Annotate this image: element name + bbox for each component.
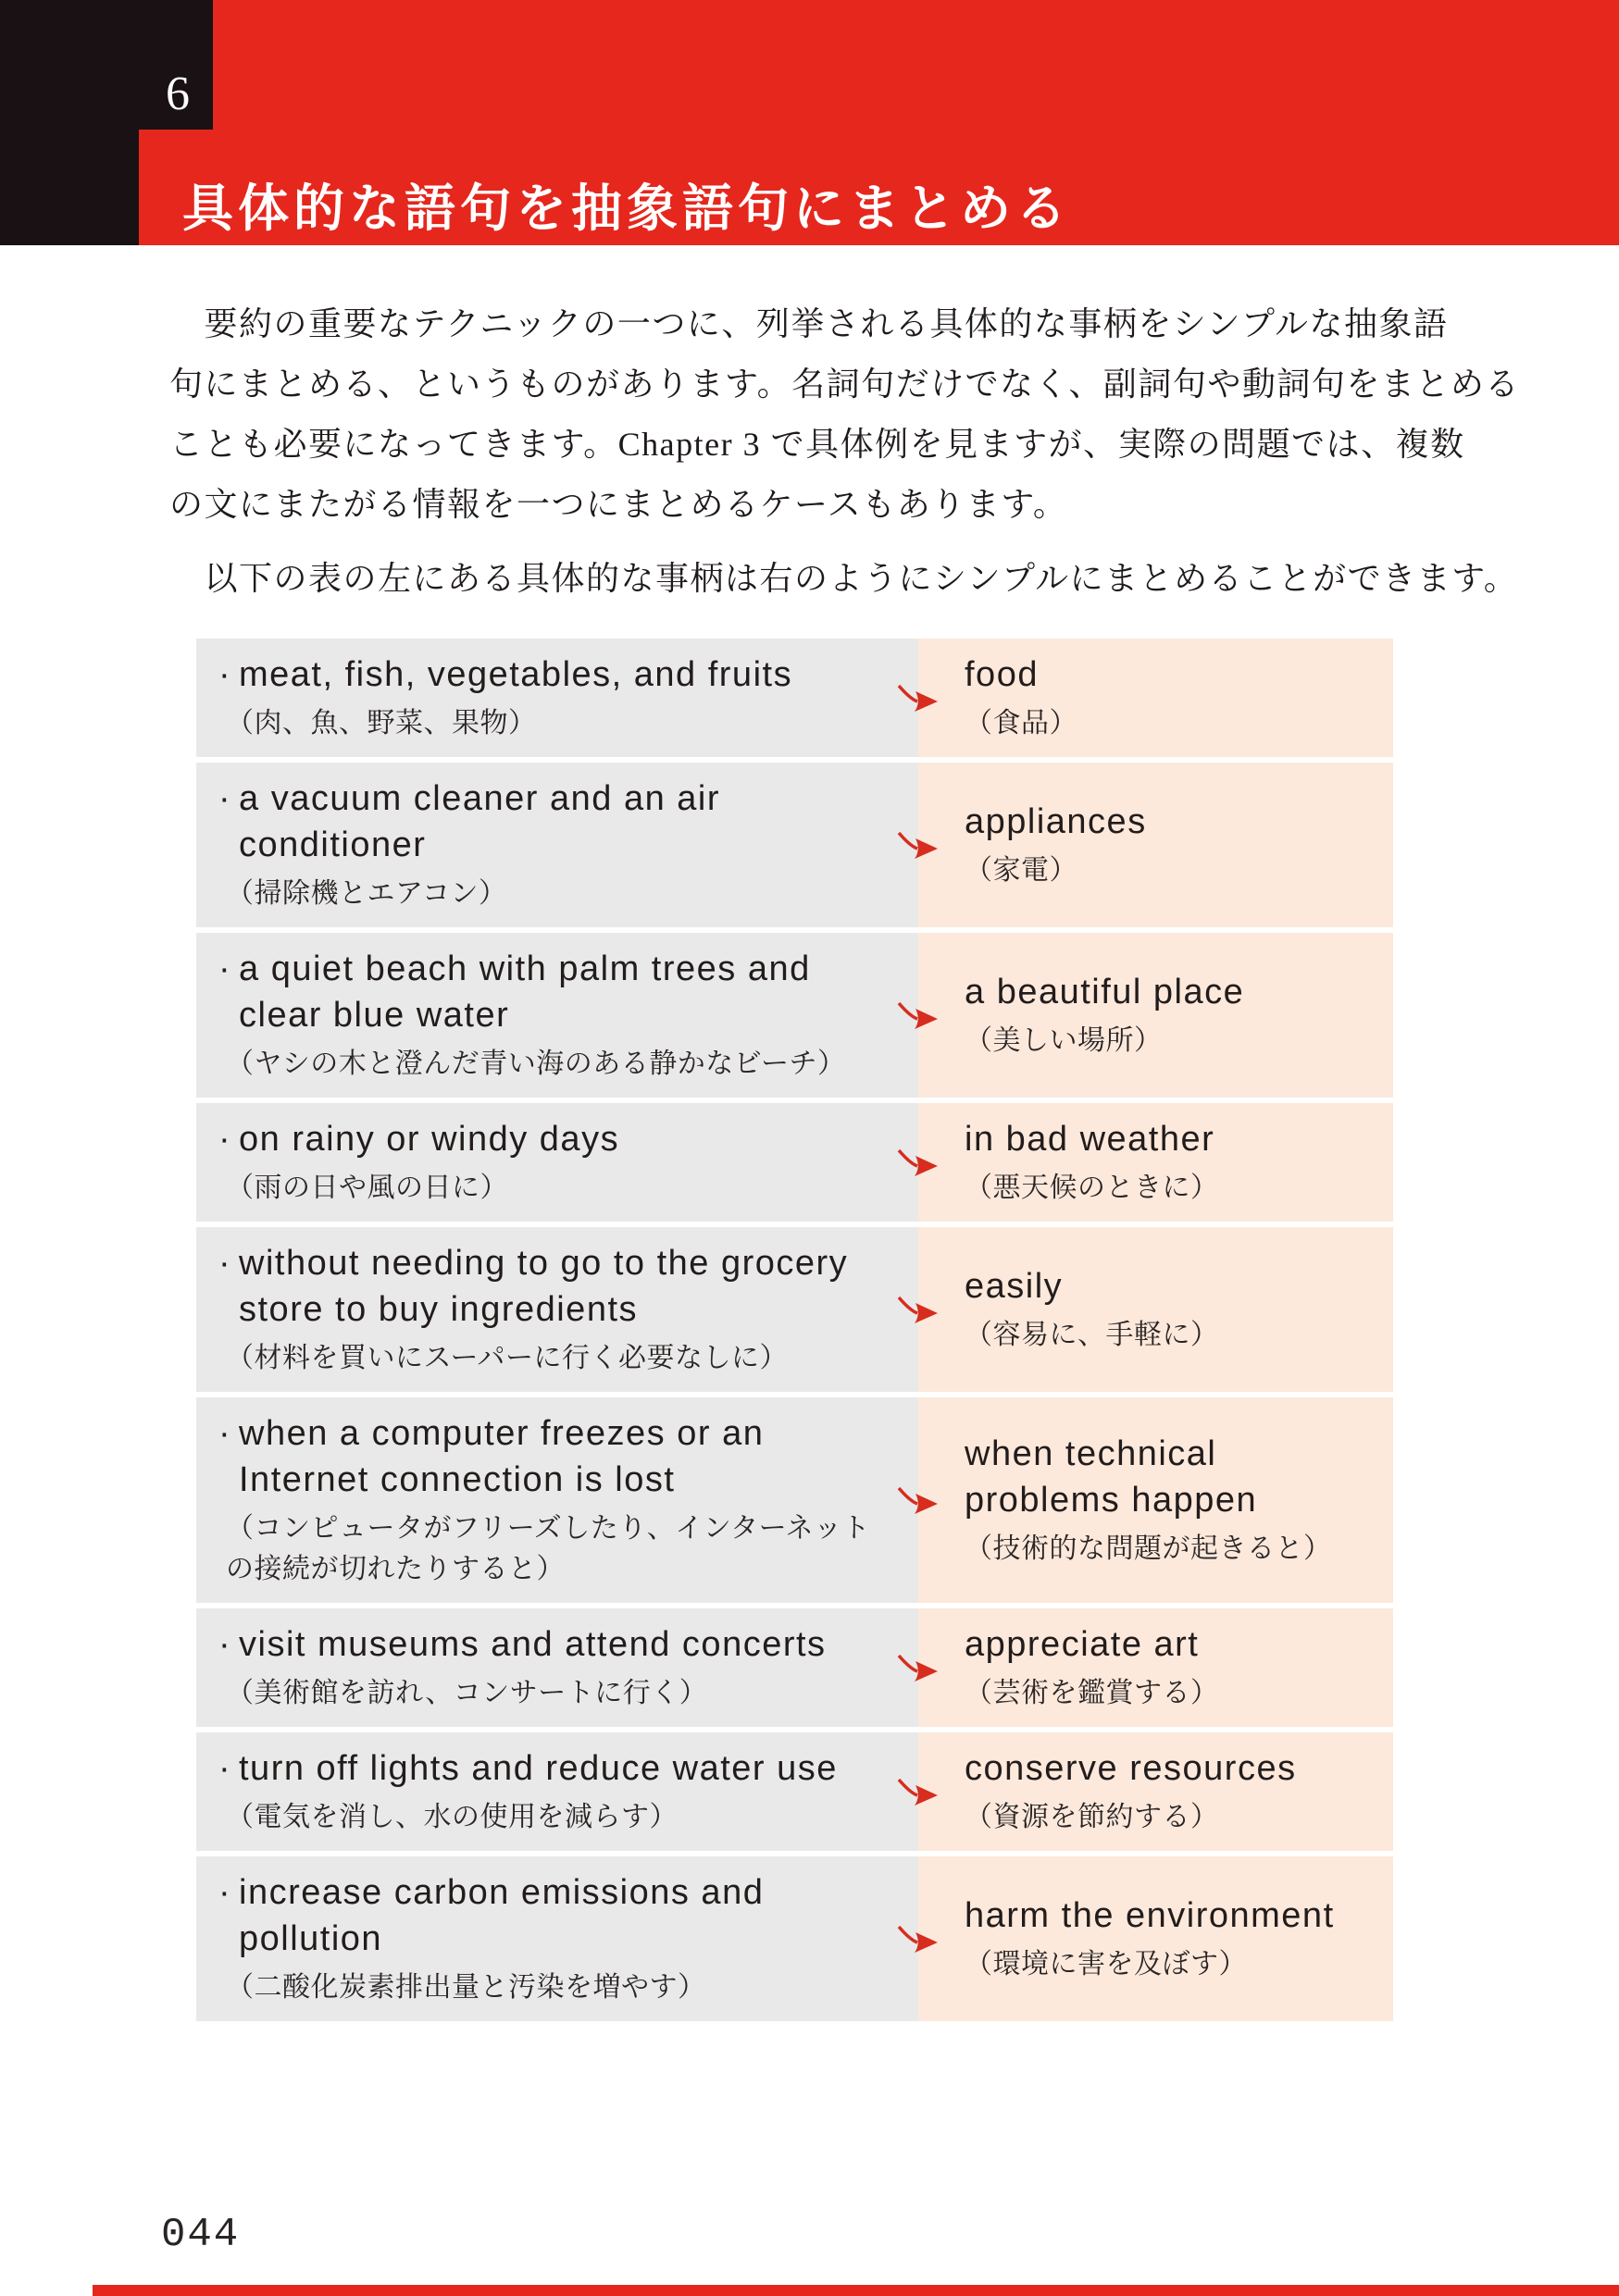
abstract-phrase-en: harm the environment <box>965 1893 1375 1939</box>
concrete-phrase-en: without needing to go to the grocery sto… <box>239 1240 892 1333</box>
concrete-phrase-cell: a quiet beach with palm trees and clear … <box>196 933 918 1098</box>
abstract-phrase-jp: （芸術を鑑賞する） <box>965 1673 1375 1714</box>
concrete-phrase-cell: visit museums and attend concerts （美術館を訪… <box>196 1608 918 1727</box>
concrete-phrase-jp: （電気を消し、水の使用を減らす） <box>226 1797 892 1838</box>
concrete-phrase-en: on rainy or windy days <box>239 1116 892 1162</box>
arrow-icon <box>897 1921 940 1956</box>
concrete-phrase-jp: （コンピュータがフリーズしたり、インターネット の接続が切れたりすると） <box>226 1508 892 1590</box>
abstract-phrase-en: appliances <box>965 799 1375 845</box>
arrow-icon <box>897 827 940 863</box>
concrete-phrase-cell: increase carbon emissions and pollution … <box>196 1856 918 2021</box>
arrow-icon <box>897 1483 940 1518</box>
abstract-phrase-cell: appliances （家電） <box>918 763 1393 927</box>
intro-line: 要約の重要なテクニックの一つに、列挙される具体的な事柄をシンプルな抽象語 <box>169 294 1530 354</box>
abstract-phrase-jp: （容易に、手軽に） <box>965 1315 1375 1356</box>
table-row: a vacuum cleaner and an air conditioner … <box>196 763 1393 927</box>
abstract-phrase-cell: in bad weather （悪天候のときに） <box>918 1103 1393 1222</box>
concrete-phrase-en: visit museums and attend concerts <box>239 1621 892 1668</box>
arrow-icon <box>897 1650 940 1685</box>
arrow-icon <box>897 1145 940 1180</box>
table-row: a quiet beach with palm trees and clear … <box>196 933 1393 1098</box>
abstract-phrase-en: in bad weather <box>965 1116 1375 1162</box>
table-row: meat, fish, vegetables, and fruits （肉、魚、… <box>196 639 1393 757</box>
table-row: on rainy or windy days （雨の日や風の日に） in bad… <box>196 1103 1393 1222</box>
intro-line: ことも必要になってきます。Chapter 3 で具体例を見ますが、実際の問題では… <box>169 415 1530 475</box>
abstract-phrase-jp: （悪天候のときに） <box>965 1168 1375 1209</box>
abstract-phrase-jp: （資源を節約する） <box>965 1797 1375 1838</box>
abstract-phrase-cell: when technical problems happen （技術的な問題が起… <box>918 1397 1393 1603</box>
table-row: turn off lights and reduce water use （電気… <box>196 1732 1393 1851</box>
table-row: without needing to go to the grocery sto… <box>196 1227 1393 1392</box>
concrete-phrase-cell: turn off lights and reduce water use （電気… <box>196 1732 918 1851</box>
intro-line: の文にまたがる情報を一つにまとめるケースもあります。 <box>169 475 1530 535</box>
abstract-phrase-en: when technical problems happen <box>965 1431 1375 1523</box>
book-page: 6 具体的な語句を抽象語句にまとめる 要約の重要なテクニックの一つに、列挙される… <box>0 0 1619 2296</box>
arrow-icon <box>897 680 940 715</box>
concrete-phrase-cell: on rainy or windy days （雨の日や風の日に） <box>196 1103 918 1222</box>
abstract-phrase-cell: a beautiful place （美しい場所） <box>918 933 1393 1098</box>
concrete-phrase-jp: （ヤシの木と澄んだ青い海のある静かなビーチ） <box>226 1044 892 1085</box>
concrete-phrase-en: when a computer freezes or an Internet c… <box>239 1410 892 1503</box>
concrete-phrase-en: meat, fish, vegetables, and fruits <box>239 652 892 698</box>
concrete-phrase-cell: a vacuum cleaner and an air conditioner … <box>196 763 918 927</box>
abstract-phrase-jp: （家電） <box>965 850 1375 891</box>
concrete-phrase-jp: （材料を買いにスーパーに行く必要なしに） <box>226 1338 892 1379</box>
abstract-phrase-jp: （技術的な問題が起きると） <box>965 1529 1375 1570</box>
intro-paragraphs: 要約の重要なテクニックの一つに、列挙される具体的な事柄をシンプルな抽象語 句にま… <box>169 294 1530 609</box>
concrete-phrase-jp: （雨の日や風の日に） <box>226 1168 892 1209</box>
concrete-phrase-jp: （美術館を訪れ、コンサートに行く） <box>226 1673 892 1714</box>
abstract-phrase-cell: harm the environment （環境に害を及ぼす） <box>918 1856 1393 2021</box>
arrow-icon <box>897 1774 940 1809</box>
concrete-phrase-jp: （掃除機とエアコン） <box>226 874 892 914</box>
page-number: 044 <box>161 2212 240 2258</box>
summary-table: meat, fish, vegetables, and fruits （肉、魚、… <box>196 639 1393 2027</box>
arrow-icon <box>897 998 940 1033</box>
abstract-phrase-en: appreciate art <box>965 1621 1375 1668</box>
abstract-phrase-cell: appreciate art （芸術を鑑賞する） <box>918 1608 1393 1727</box>
abstract-phrase-en: easily <box>965 1263 1375 1309</box>
chapter-tab-notch <box>0 130 139 245</box>
table-row: visit museums and attend concerts （美術館を訪… <box>196 1608 1393 1727</box>
table-row: increase carbon emissions and pollution … <box>196 1856 1393 2021</box>
abstract-phrase-jp: （美しい場所） <box>965 1021 1375 1061</box>
footer-bar <box>93 2285 1619 2296</box>
abstract-phrase-en: conserve resources <box>965 1745 1375 1792</box>
intro-line: 句にまとめる、というものがあります。名詞句だけでなく、副詞句や動詞句をまとめる <box>169 354 1530 415</box>
abstract-phrase-en: food <box>965 652 1375 698</box>
concrete-phrase-en: increase carbon emissions and pollution <box>239 1869 892 1962</box>
abstract-phrase-jp: （食品） <box>965 703 1375 744</box>
page-title: 具体的な語句を抽象語句にまとめる <box>182 168 1071 241</box>
abstract-phrase-cell: food （食品） <box>918 639 1393 757</box>
concrete-phrase-en: turn off lights and reduce water use <box>239 1745 892 1792</box>
abstract-phrase-en: a beautiful place <box>965 969 1375 1015</box>
concrete-phrase-jp: （二酸化炭素排出量と汚染を増やす） <box>226 1967 892 2008</box>
concrete-phrase-cell: without needing to go to the grocery sto… <box>196 1227 918 1392</box>
abstract-phrase-cell: conserve resources （資源を節約する） <box>918 1732 1393 1851</box>
intro-line: 以下の表の左にある具体的な事柄は右のようにシンプルにまとめることができます。 <box>169 549 1530 609</box>
table-row: when a computer freezes or an Internet c… <box>196 1397 1393 1603</box>
chapter-number: 6 <box>148 70 207 118</box>
abstract-phrase-cell: easily （容易に、手軽に） <box>918 1227 1393 1392</box>
concrete-phrase-cell: when a computer freezes or an Internet c… <box>196 1397 918 1603</box>
arrow-icon <box>897 1292 940 1327</box>
concrete-phrase-en: a quiet beach with palm trees and clear … <box>239 946 892 1038</box>
concrete-phrase-en: a vacuum cleaner and an air conditioner <box>239 776 892 868</box>
abstract-phrase-jp: （環境に害を及ぼす） <box>965 1944 1375 1985</box>
concrete-phrase-jp: （肉、魚、野菜、果物） <box>226 703 892 744</box>
concrete-phrase-cell: meat, fish, vegetables, and fruits （肉、魚、… <box>196 639 918 757</box>
